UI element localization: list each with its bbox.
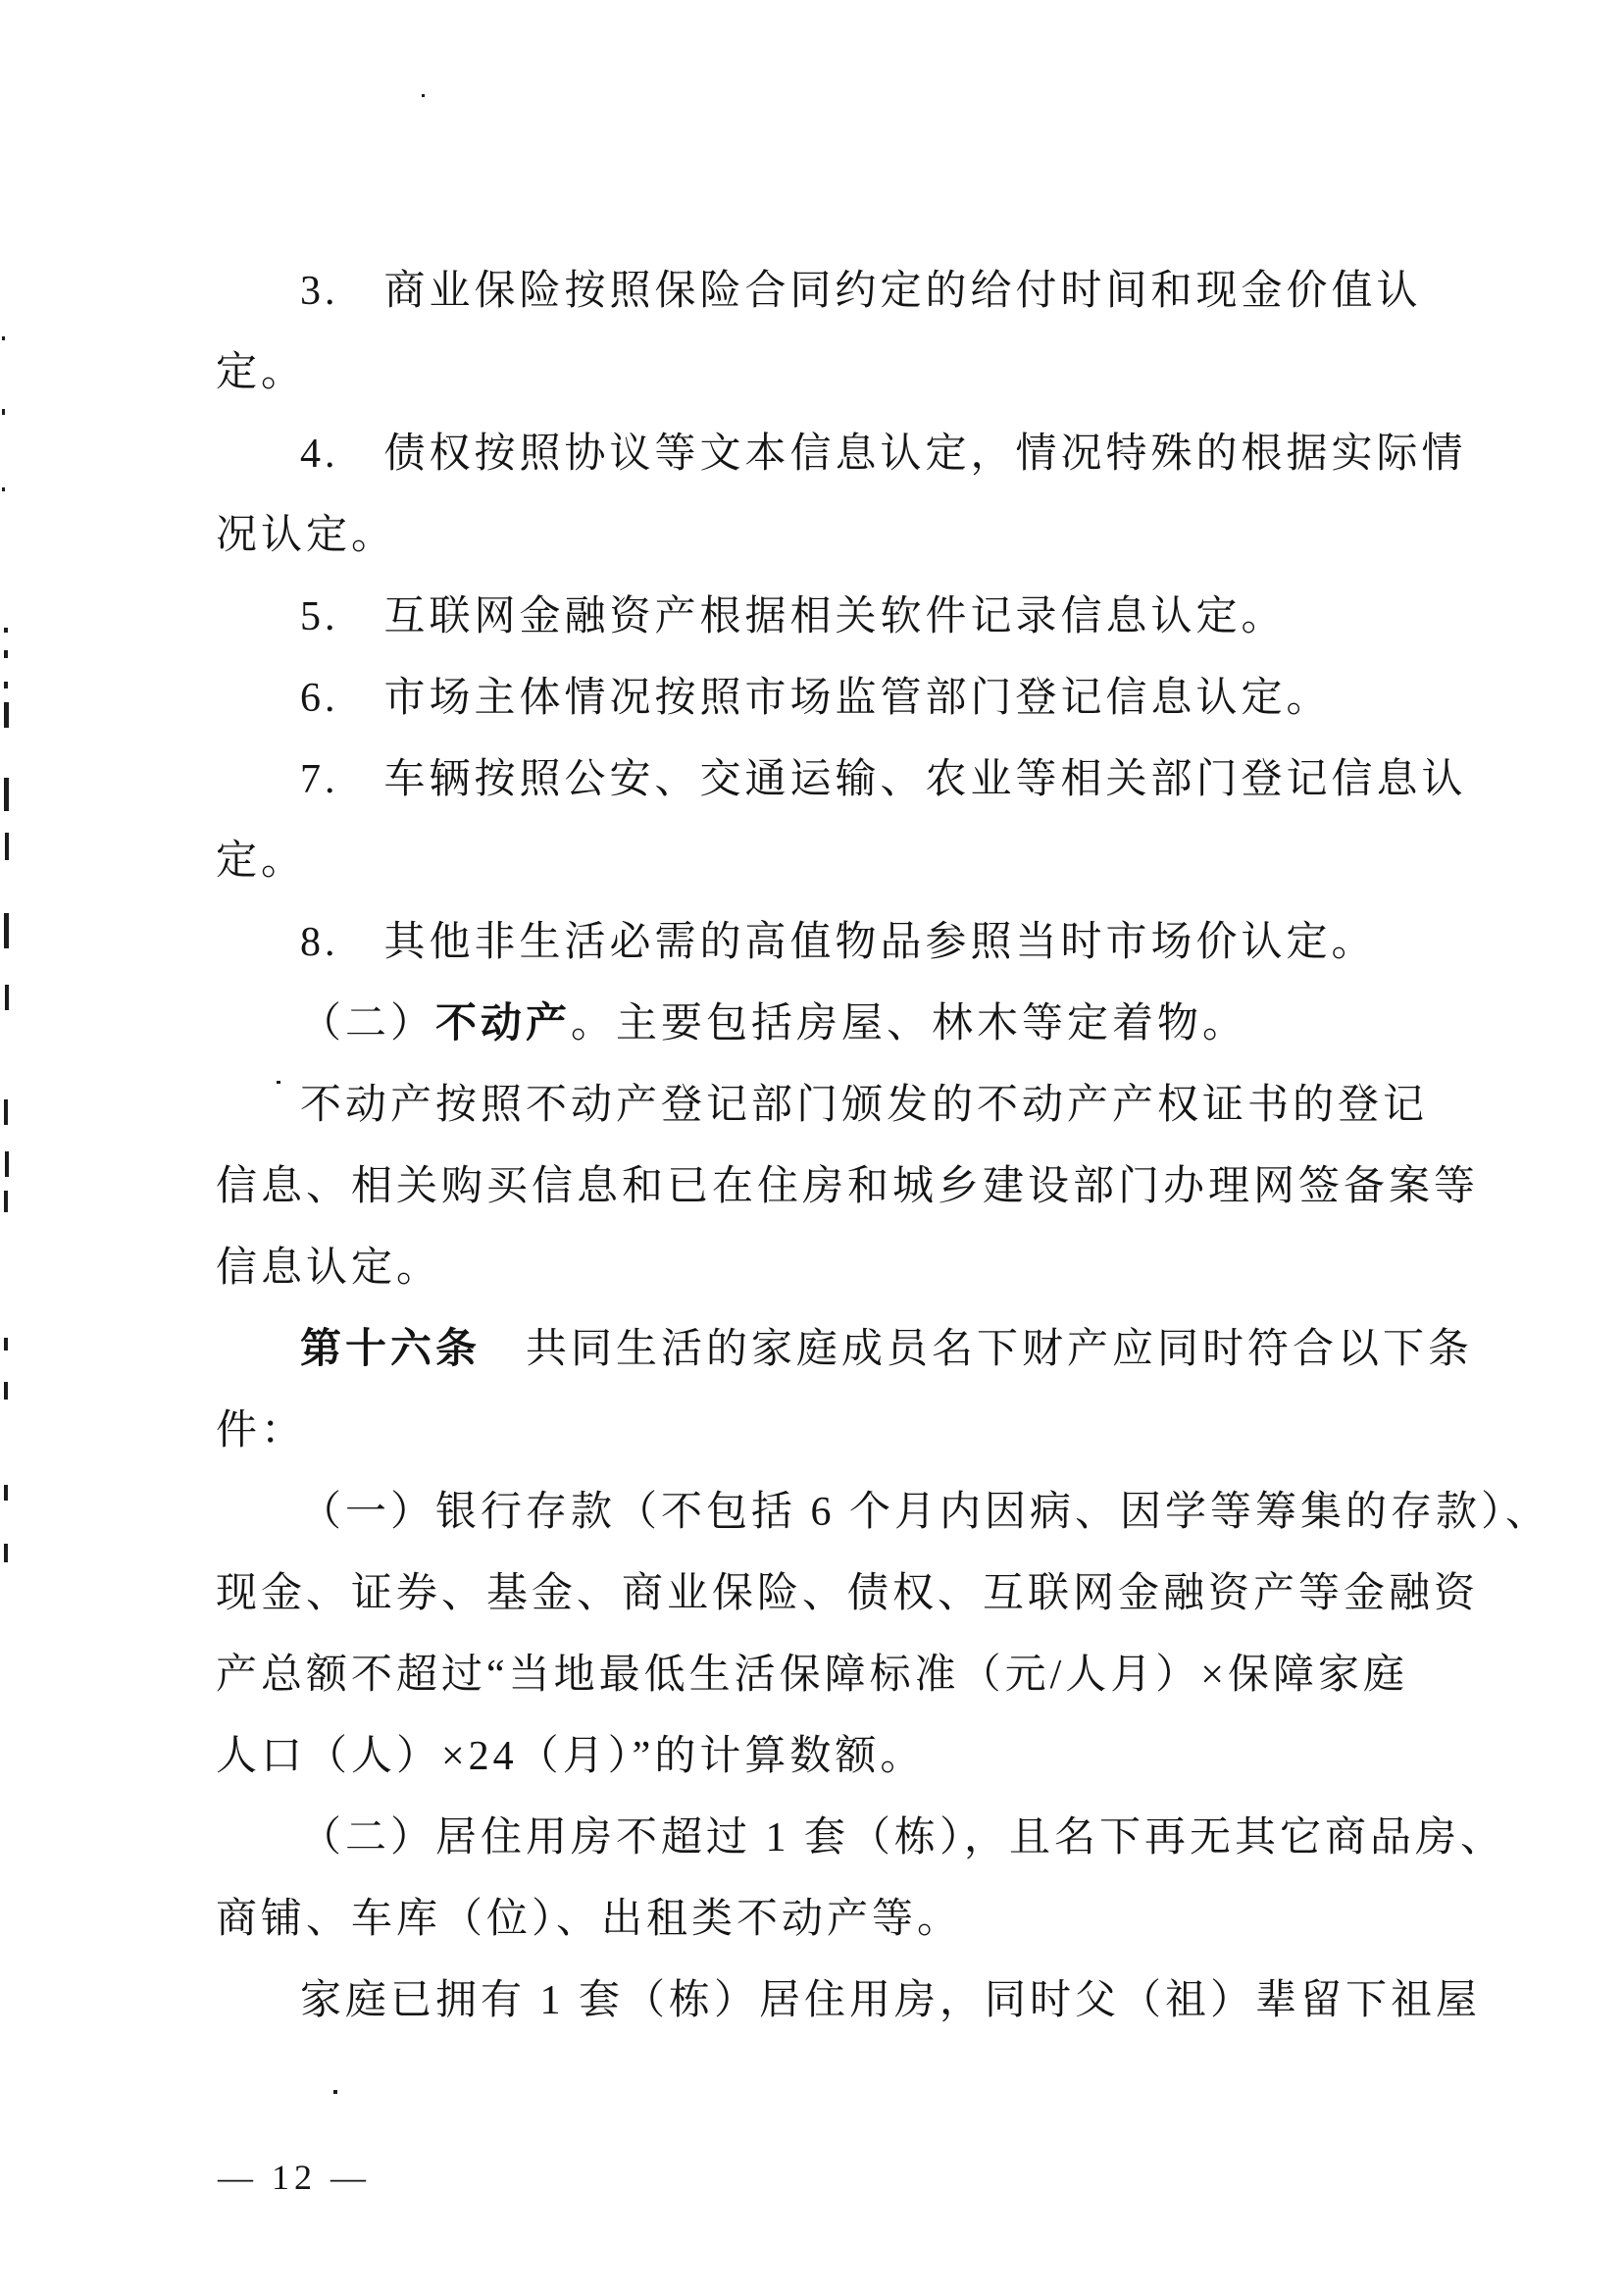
scan-speck: [333, 2090, 337, 2094]
text-line: 件：: [216, 1391, 1510, 1472]
scan-speck: [4, 1191, 8, 1212]
scan-speck: [4, 650, 8, 658]
scan-speck: [422, 94, 425, 97]
line-text: 况认定。: [216, 513, 396, 558]
scan-speck: [2, 487, 5, 491]
page-number: — 12 —: [218, 2150, 371, 2205]
text-line: 信息认定。: [216, 1228, 1510, 1309]
scan-speck: [4, 702, 9, 728]
line-text: 共同生活的家庭成员名下财产应同时符合以下条: [481, 1327, 1473, 1372]
line-text: 现金、证券、基金、商业保险、债权、互联网金融资产等金融资: [216, 1571, 1479, 1616]
scan-speck: [5, 1151, 9, 1177]
line-text: 4. 债权按照协议等文本信息认定，情况特殊的根据实际情: [300, 432, 1467, 477]
line-text: （二）: [300, 1001, 435, 1046]
scan-speck: [4, 682, 8, 688]
text-line: （二）居住用房不超过 1 套（栋），且名下再无其它商品房、: [216, 1798, 1510, 1879]
line-text: 家庭已拥有 1 套（栋）居住用房，同时父（祖）辈留下祖屋: [300, 1978, 1481, 2023]
scan-speck: [5, 833, 9, 860]
scan-speck: [4, 628, 8, 633]
scan-speck: [277, 1081, 280, 1084]
text-line: 第十六条 共同生活的家庭成员名下财产应同时符合以下条: [216, 1309, 1510, 1391]
line-text: （一）银行存款（不包括 6 个月内因病、因学等筹集的存款）、: [300, 1490, 1550, 1535]
line-text: 不动产按照不动产登记部门颁发的不动产产权证书的登记: [300, 1083, 1428, 1128]
line-text: 3. 商业保险按照保险合同约定的给付时间和现金价值认: [300, 269, 1422, 314]
text-line: （一）银行存款（不包括 6 个月内因病、因学等筹集的存款）、: [216, 1472, 1510, 1554]
line-text: 定。: [216, 839, 306, 884]
scan-speck: [2, 336, 5, 340]
line-text: 件：: [216, 1408, 306, 1453]
text-line: 定。: [216, 821, 1510, 902]
line-text: 信息、相关购买信息和已在住房和城乡建设部门办理网签备案等: [216, 1164, 1479, 1209]
text-line: 产总额不超过“当地最低生活保障标准（元/人月）×保障家庭: [216, 1635, 1510, 1716]
text-line: 3. 商业保险按照保险合同约定的给付时间和现金价值认: [216, 251, 1510, 332]
text-line: 人口（人）×24（月）”的计算数额。: [216, 1716, 1510, 1798]
text-line: 7. 车辆按照公安、交通运输、农业等相关部门登记信息认: [216, 739, 1510, 821]
line-text: 商铺、车库（位）、出租类不动产等。: [216, 1897, 962, 1942]
scan-speck: [4, 1099, 8, 1125]
text-line: 4. 债权按照协议等文本信息认定，情况特殊的根据实际情: [216, 414, 1510, 495]
bold-heading: 第十六条: [300, 1327, 481, 1372]
document-page: 3. 商业保险按照保险合同约定的给付时间和现金价值认 定。 4. 债权按照协议等…: [0, 0, 1624, 2293]
scan-speck: [4, 913, 9, 948]
text-line: 现金、证券、基金、商业保险、债权、互联网金融资产等金融资: [216, 1554, 1510, 1635]
text-line: 8. 其他非生活必需的高值物品参照当时市场价认定。: [216, 902, 1510, 984]
line-text: 人口（人）×24（月）”的计算数额。: [216, 1734, 925, 1779]
text-line: 定。: [216, 332, 1510, 414]
line-text: 定。: [216, 350, 306, 395]
text-line: 不动产按照不动产登记部门颁发的不动产产权证书的登记: [216, 1065, 1510, 1146]
scan-speck: [2, 409, 5, 415]
scan-speck: [4, 1485, 8, 1501]
line-text: 6. 市场主体情况按照市场监管部门登记信息认定。: [300, 676, 1332, 721]
line-text: （二）居住用房不超过 1 套（栋），且名下再无其它商品房、: [300, 1815, 1505, 1860]
bold-heading: 不动产: [435, 1001, 571, 1046]
document-body: 3. 商业保险按照保险合同约定的给付时间和现金价值认 定。 4. 债权按照协议等…: [216, 251, 1510, 2042]
line-text: 8. 其他非生活必需的高值物品参照当时市场价认定。: [300, 920, 1377, 965]
line-text: 信息认定。: [216, 1246, 441, 1291]
line-text: 7. 车辆按照公安、交通运输、农业等相关部门登记信息认: [300, 757, 1467, 802]
text-line: （二）不动产。主要包括房屋、林木等定着物。: [216, 984, 1510, 1065]
scan-speck: [4, 1338, 8, 1350]
scan-speck: [4, 1382, 8, 1400]
scan-speck: [4, 778, 9, 811]
text-line: 信息、相关购买信息和已在住房和城乡建设部门办理网签备案等: [216, 1146, 1510, 1228]
line-text: 5. 互联网金融资产根据相关软件记录信息认定。: [300, 594, 1287, 639]
scan-speck: [4, 1544, 8, 1562]
text-line: 况认定。: [216, 495, 1510, 577]
text-line: 5. 互联网金融资产根据相关软件记录信息认定。: [216, 577, 1510, 658]
text-line: 家庭已拥有 1 套（栋）居住用房，同时父（祖）辈留下祖屋: [216, 1961, 1510, 2042]
line-text: 。主要包括房屋、林木等定着物。: [571, 1001, 1247, 1046]
text-line: 商铺、车库（位）、出租类不动产等。: [216, 1879, 1510, 1961]
scan-speck: [5, 985, 9, 1010]
text-line: 6. 市场主体情况按照市场监管部门登记信息认定。: [216, 658, 1510, 739]
line-text: 产总额不超过“当地最低生活保障标准（元/人月）×保障家庭: [216, 1653, 1408, 1698]
